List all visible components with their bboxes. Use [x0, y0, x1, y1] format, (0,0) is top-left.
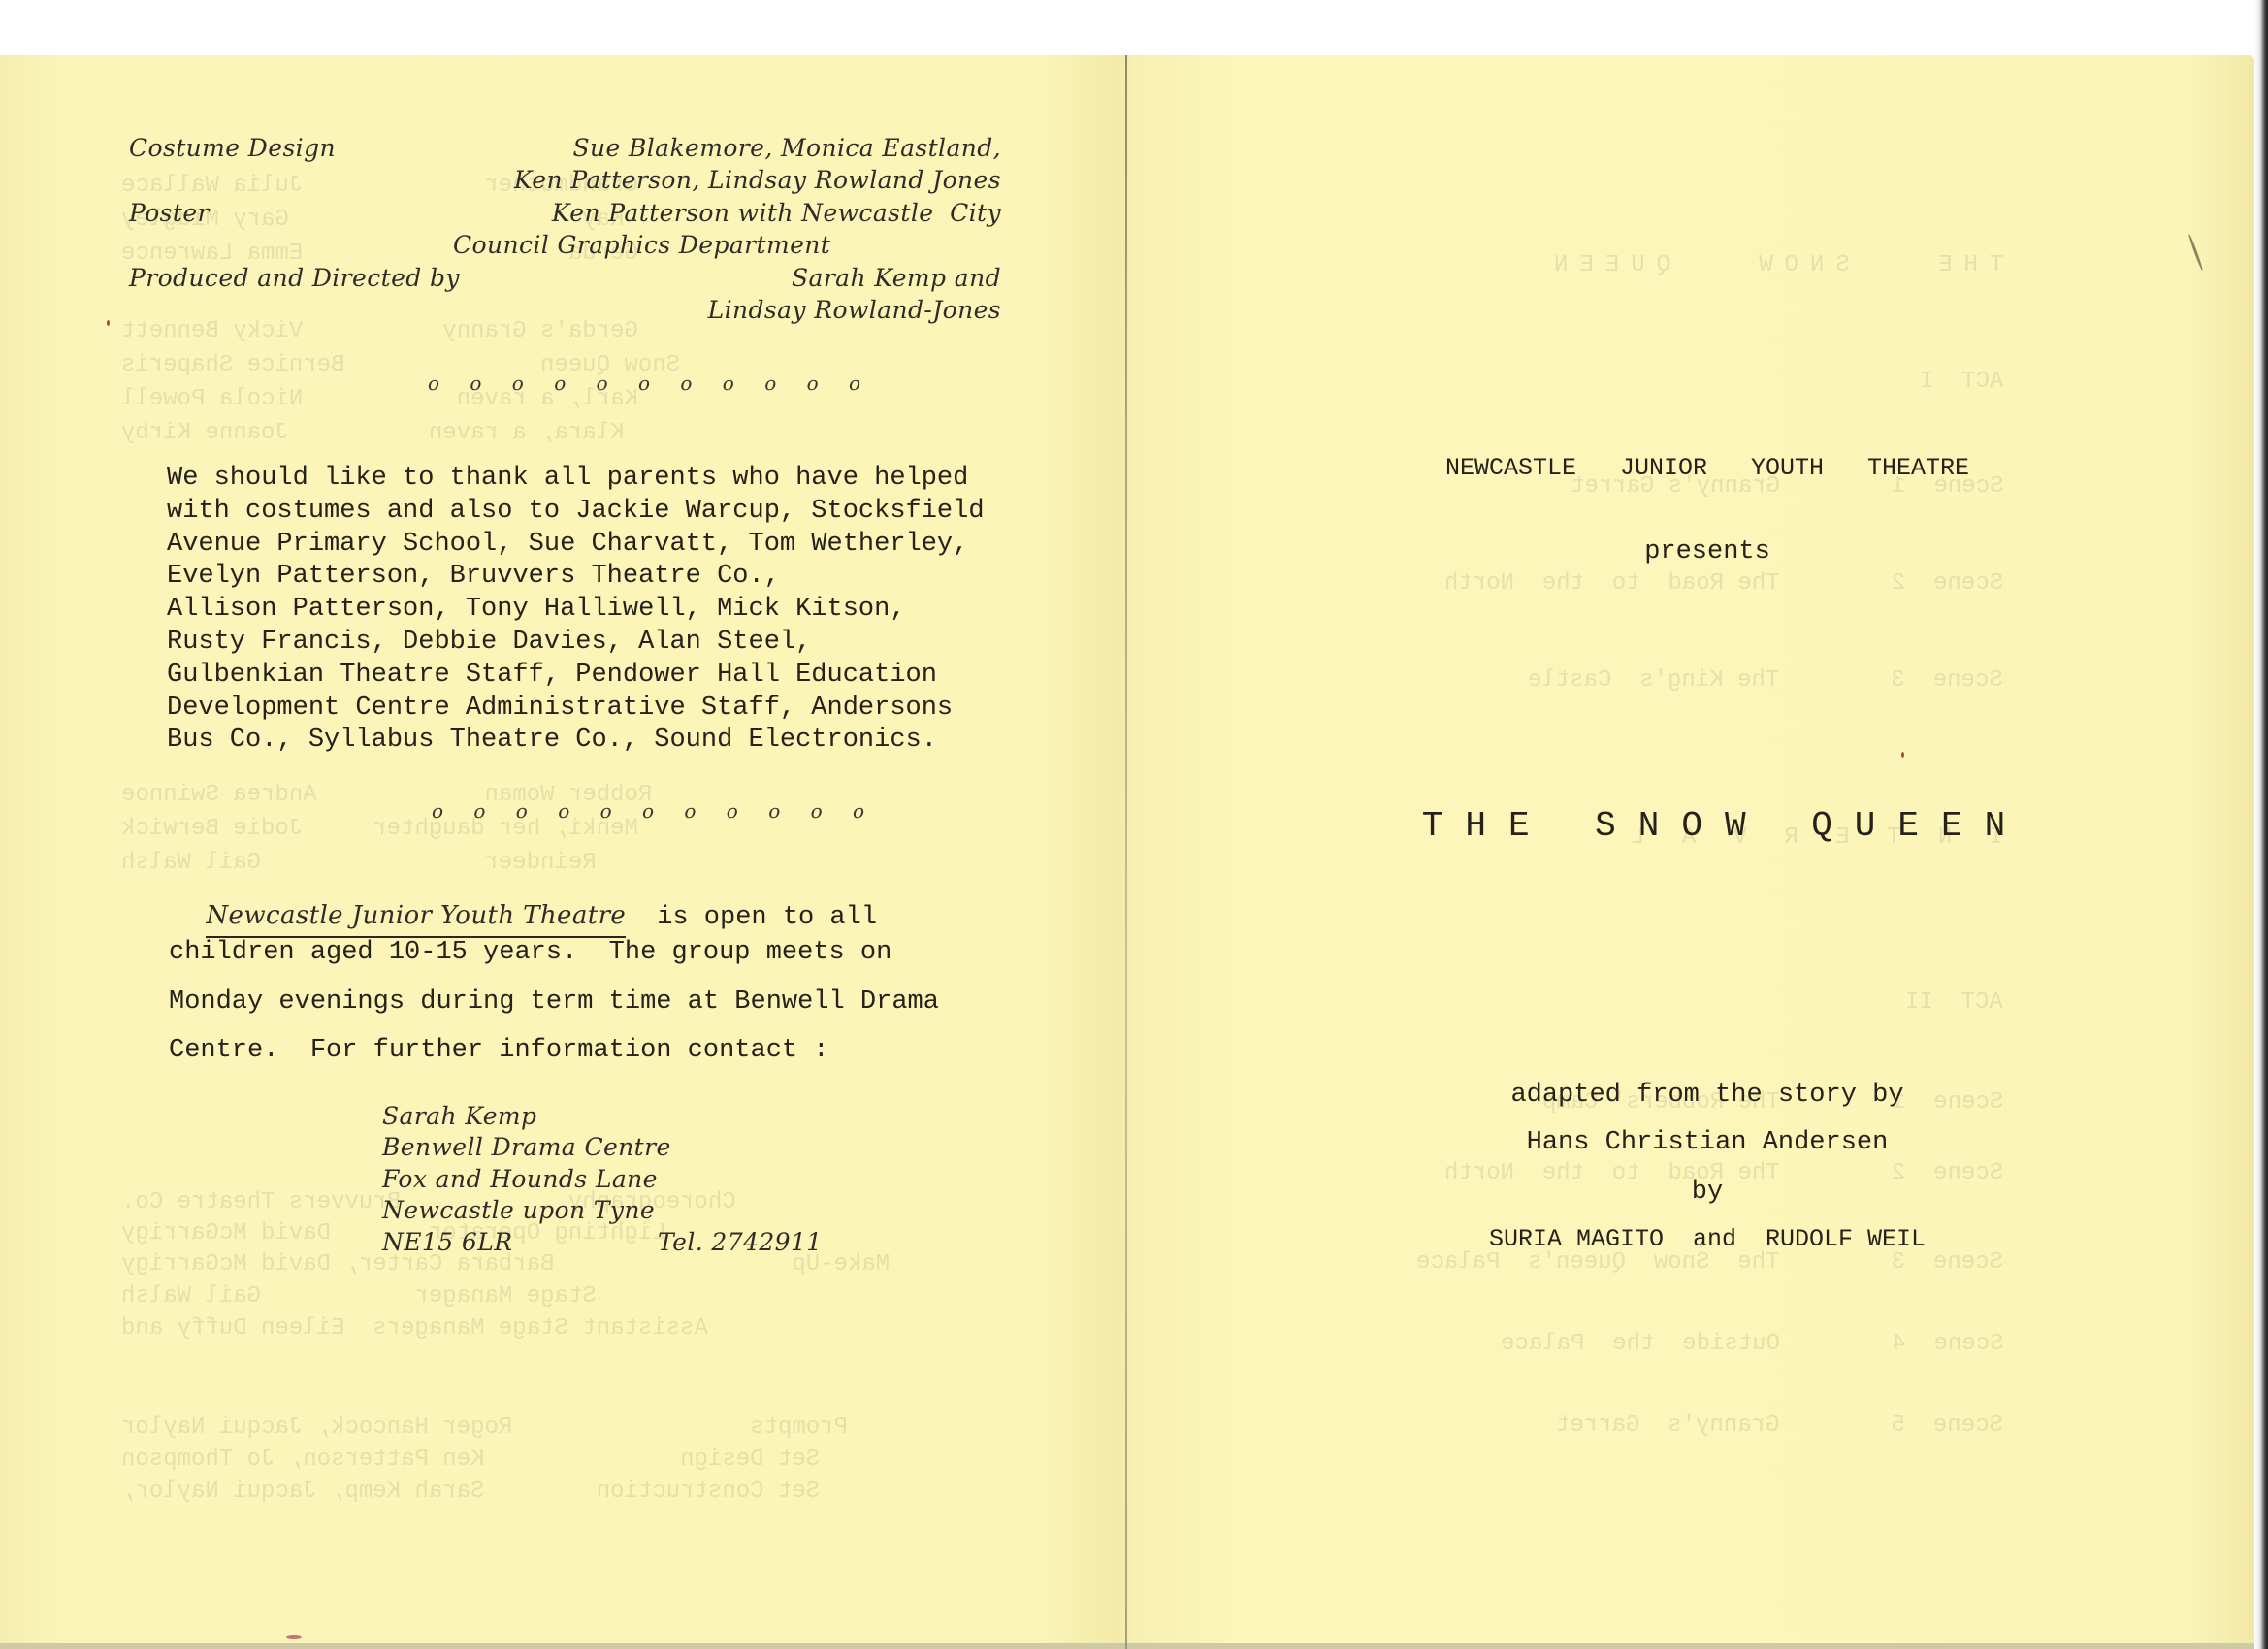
thanks-line: Rusty Francis, Debbie Davies, Alan Steel… [167, 630, 811, 656]
show-title: THE SNOW QUEEN [1376, 809, 2074, 844]
contact-address-line: Fox and Hounds Lane [382, 1167, 658, 1191]
thanks-line: Avenue Primary School, Sue Charvatt, Tom… [167, 532, 968, 558]
ornament-divider: o o o o o o o o o o o [428, 373, 873, 393]
adapted-from: adapted from the story by [1358, 1083, 2057, 1109]
show-through-line: Scene 3 The King's Castle [1528, 669, 2003, 693]
thanks-line: Bus Co., Syllabus Theatre Co., Sound Ele… [167, 727, 937, 754]
info-line: Centre. For further information contact … [169, 1038, 829, 1064]
centre-fold [1125, 55, 1127, 1649]
show-through-line: THE SNOW QUEEN [1542, 254, 2003, 277]
show-through-line: Stage Manager Gail Walsh [121, 1285, 597, 1309]
contact-address-line: Newcastle upon Tyne [382, 1198, 655, 1222]
scan-edge-shadow [2254, 0, 2268, 1649]
credit-names-director-2: Lindsay Rowland-Jones [708, 298, 1001, 322]
show-through-line: Scene 5 Granny's Garret [1556, 1414, 2003, 1438]
original-author: Hans Christian Andersen [1358, 1130, 2057, 1156]
show-through-line: ACT I [1920, 371, 2003, 394]
show-through-line: Set Construction Sarah Kemp, Jacqui Nayl… [121, 1480, 820, 1503]
ornament-divider-2: o o o o o o o o o o o [432, 801, 877, 821]
credit-names-poster-2: Council Graphics Department [453, 233, 830, 257]
show-through-line: Reindeer Gail Walsh [121, 852, 597, 875]
show-through-line: Scene 3 The Snow Queen's Palace [1416, 1251, 2003, 1275]
show-through-line: ACT II [1905, 991, 2003, 1015]
show-through-line: Klara, a raven Joanne Kirby [121, 422, 624, 445]
thanks-line: with costumes and also to Jackie Warcup,… [167, 499, 985, 525]
presents-label: presents [1358, 539, 2057, 566]
credit-names-costume-1: Sue Blakemore, Monica Eastland, [572, 136, 1001, 160]
show-through-line: Set Design Ken Patterson, Jo Thompson [121, 1448, 820, 1471]
company-name: NEWCASTLE JUNIOR YOUTH THEATRE [1358, 456, 2057, 480]
show-through-line: Assistant Stage Managers Eileen Duffy an… [121, 1317, 708, 1341]
thanks-line: Development Centre Administrative Staff,… [167, 695, 953, 722]
contact-address-line: Benwell Drama Centre [382, 1135, 671, 1159]
show-through-line: Scene 4 Outside the Palace [1501, 1333, 2003, 1356]
thanks-line: Allison Patterson, Tony Halliwell, Mick … [167, 597, 906, 623]
by-label: by [1358, 1180, 2057, 1206]
thanks-line: Gulbenkian Theatre Staff, Pendower Hall … [167, 663, 937, 689]
contact-telephone: Tel. 2742911 [658, 1230, 823, 1254]
group-name: Newcastle Junior Youth Theatre [206, 901, 626, 938]
credit-role-director: Produced and Directed by [129, 266, 460, 290]
thanks-line: Evelyn Patterson, Bruvvers Theatre Co., [167, 564, 780, 590]
credit-names-director-1: Sarah Kemp and [792, 266, 1001, 290]
ink-speck [1901, 752, 1904, 758]
credit-role-costume: Costume Design [129, 136, 336, 160]
credit-role-poster: Poster [129, 201, 210, 225]
info-line: children aged 10-15 years. The group mee… [169, 940, 891, 966]
thanks-line: We should like to thank all parents who … [167, 466, 968, 492]
info-line: Monday evenings during term time at Benw… [169, 989, 939, 1016]
adapters: SURIA MAGITO and RUDOLF WEIL [1358, 1227, 2057, 1251]
show-through-line: Scene 2 The Road to the North [1444, 572, 2003, 596]
credit-names-poster-1: Ken Patterson with Newcastle City [552, 201, 1001, 225]
show-through-line: Gerda's Granny Vicky Bennett [121, 320, 638, 343]
contact-postcode: NE15 6LR [382, 1230, 512, 1254]
info-line-1-rest: is open to all [657, 903, 877, 932]
show-through-line: Prompts Roger Hancock, Jacqui Naylor [121, 1416, 848, 1439]
credit-names-costume-2: Ken Patterson, Lindsay Rowland Jones [514, 168, 1001, 192]
show-through-line: Make-Up Barbara Carter, David McGarrigy [121, 1253, 890, 1277]
ink-speck [107, 320, 110, 326]
contact-name: Sarah Kemp [382, 1104, 536, 1128]
ink-speck [286, 1635, 302, 1639]
